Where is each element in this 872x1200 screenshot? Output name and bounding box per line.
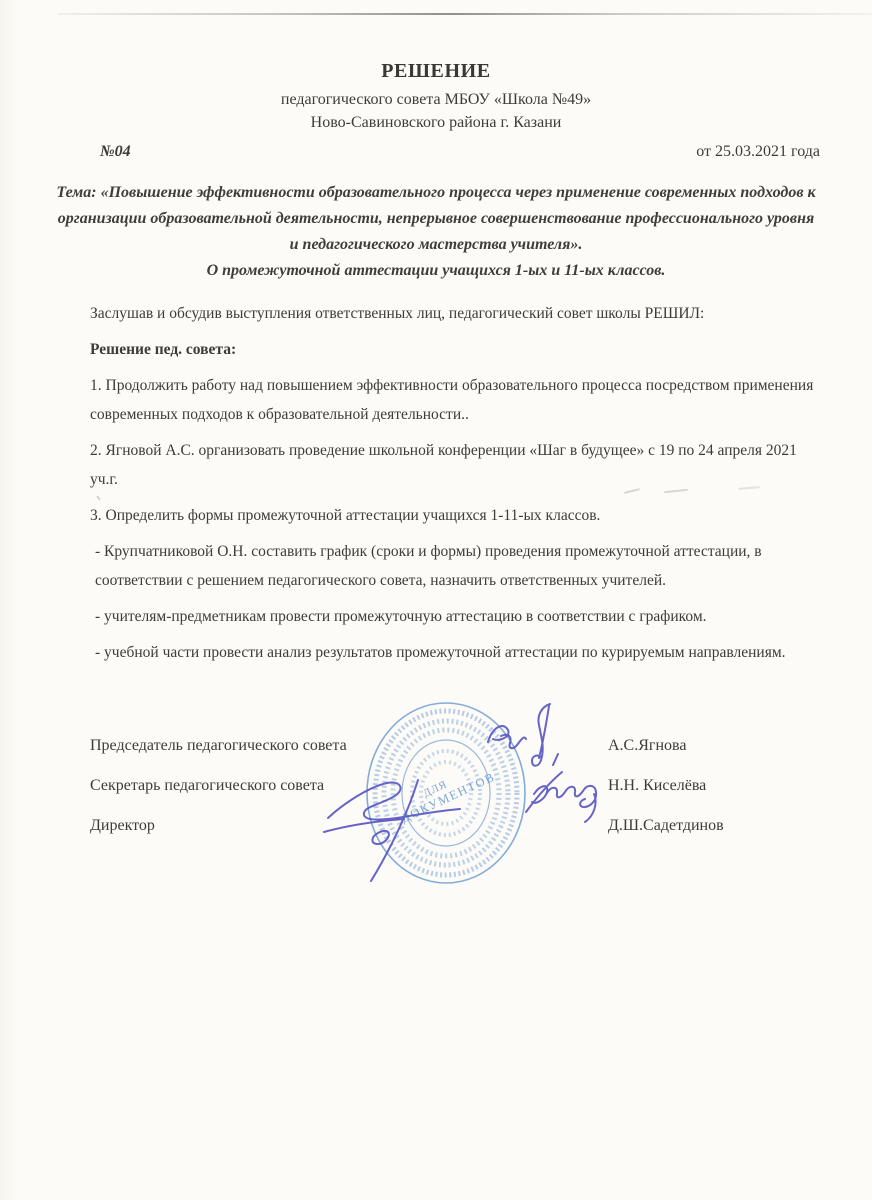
decision-heading: Решение пед. совета: <box>90 335 820 364</box>
document-header: РЕШЕНИЕ педагогического совета МБОУ «Шко… <box>0 0 872 134</box>
document-number: №04 <box>100 140 131 164</box>
document-page: РЕШЕНИЕ педагогического совета МБОУ «Шко… <box>0 0 872 1200</box>
organization-line-1: педагогического совета МБОУ «Школа №49» <box>0 88 872 111</box>
document-title: РЕШЕНИЕ <box>0 58 872 84</box>
document-body: Заслушав и обсудив выступления ответстве… <box>90 299 820 667</box>
signature-row-chairman: Председатель педагогического совета А.С.… <box>90 733 820 759</box>
signature-row-director: Директор Д.Ш.Садетдинов <box>90 813 820 839</box>
theme-text: Тема: «Повышение эффективности образоват… <box>56 184 815 253</box>
signature-role: Директор <box>90 813 155 839</box>
intro-paragraph: Заслушав и обсудив выступления ответстве… <box>90 299 820 328</box>
decision-subitem-3: - учебной части провести анализ результа… <box>90 638 820 667</box>
scan-edge-artifact <box>58 13 872 15</box>
signature-name: Д.Ш.Садетдинов <box>608 813 820 839</box>
document-date: от 25.03.2021 года <box>696 140 820 164</box>
theme-block: Тема: «Повышение эффективности образоват… <box>54 180 818 284</box>
signature-name: Н.Н. Киселёва <box>608 773 820 799</box>
signature-block: Председатель педагогического совета А.С.… <box>90 733 820 853</box>
decision-subitem-2: - учителям-предметникам провести промежу… <box>90 602 820 631</box>
signature-role: Секретарь педагогического совета <box>90 773 324 799</box>
decision-item-2: 2. Ягновой А.С. организовать проведение … <box>90 436 820 494</box>
number-date-row: №04 от 25.03.2021 года <box>100 140 820 164</box>
theme-subject: О промежуточной аттестации учащихся 1-ых… <box>54 258 818 284</box>
organization-lines: педагогического совета МБОУ «Школа №49» … <box>0 88 872 134</box>
signature-row-secretary: Секретарь педагогического совета Н.Н. Ки… <box>90 773 820 799</box>
organization-line-2: Ново-Савиновского района г. Казани <box>0 111 872 134</box>
decision-item-1: 1. Продолжить работу над повышением эффе… <box>90 371 820 429</box>
decision-subitem-1: - Крупчатниковой О.Н. составить график (… <box>90 537 820 595</box>
signature-name: А.С.Ягнова <box>608 733 820 759</box>
decision-item-3: 3. Определить формы промежуточной аттест… <box>90 501 820 530</box>
signature-role: Председатель педагогического совета <box>90 733 347 759</box>
